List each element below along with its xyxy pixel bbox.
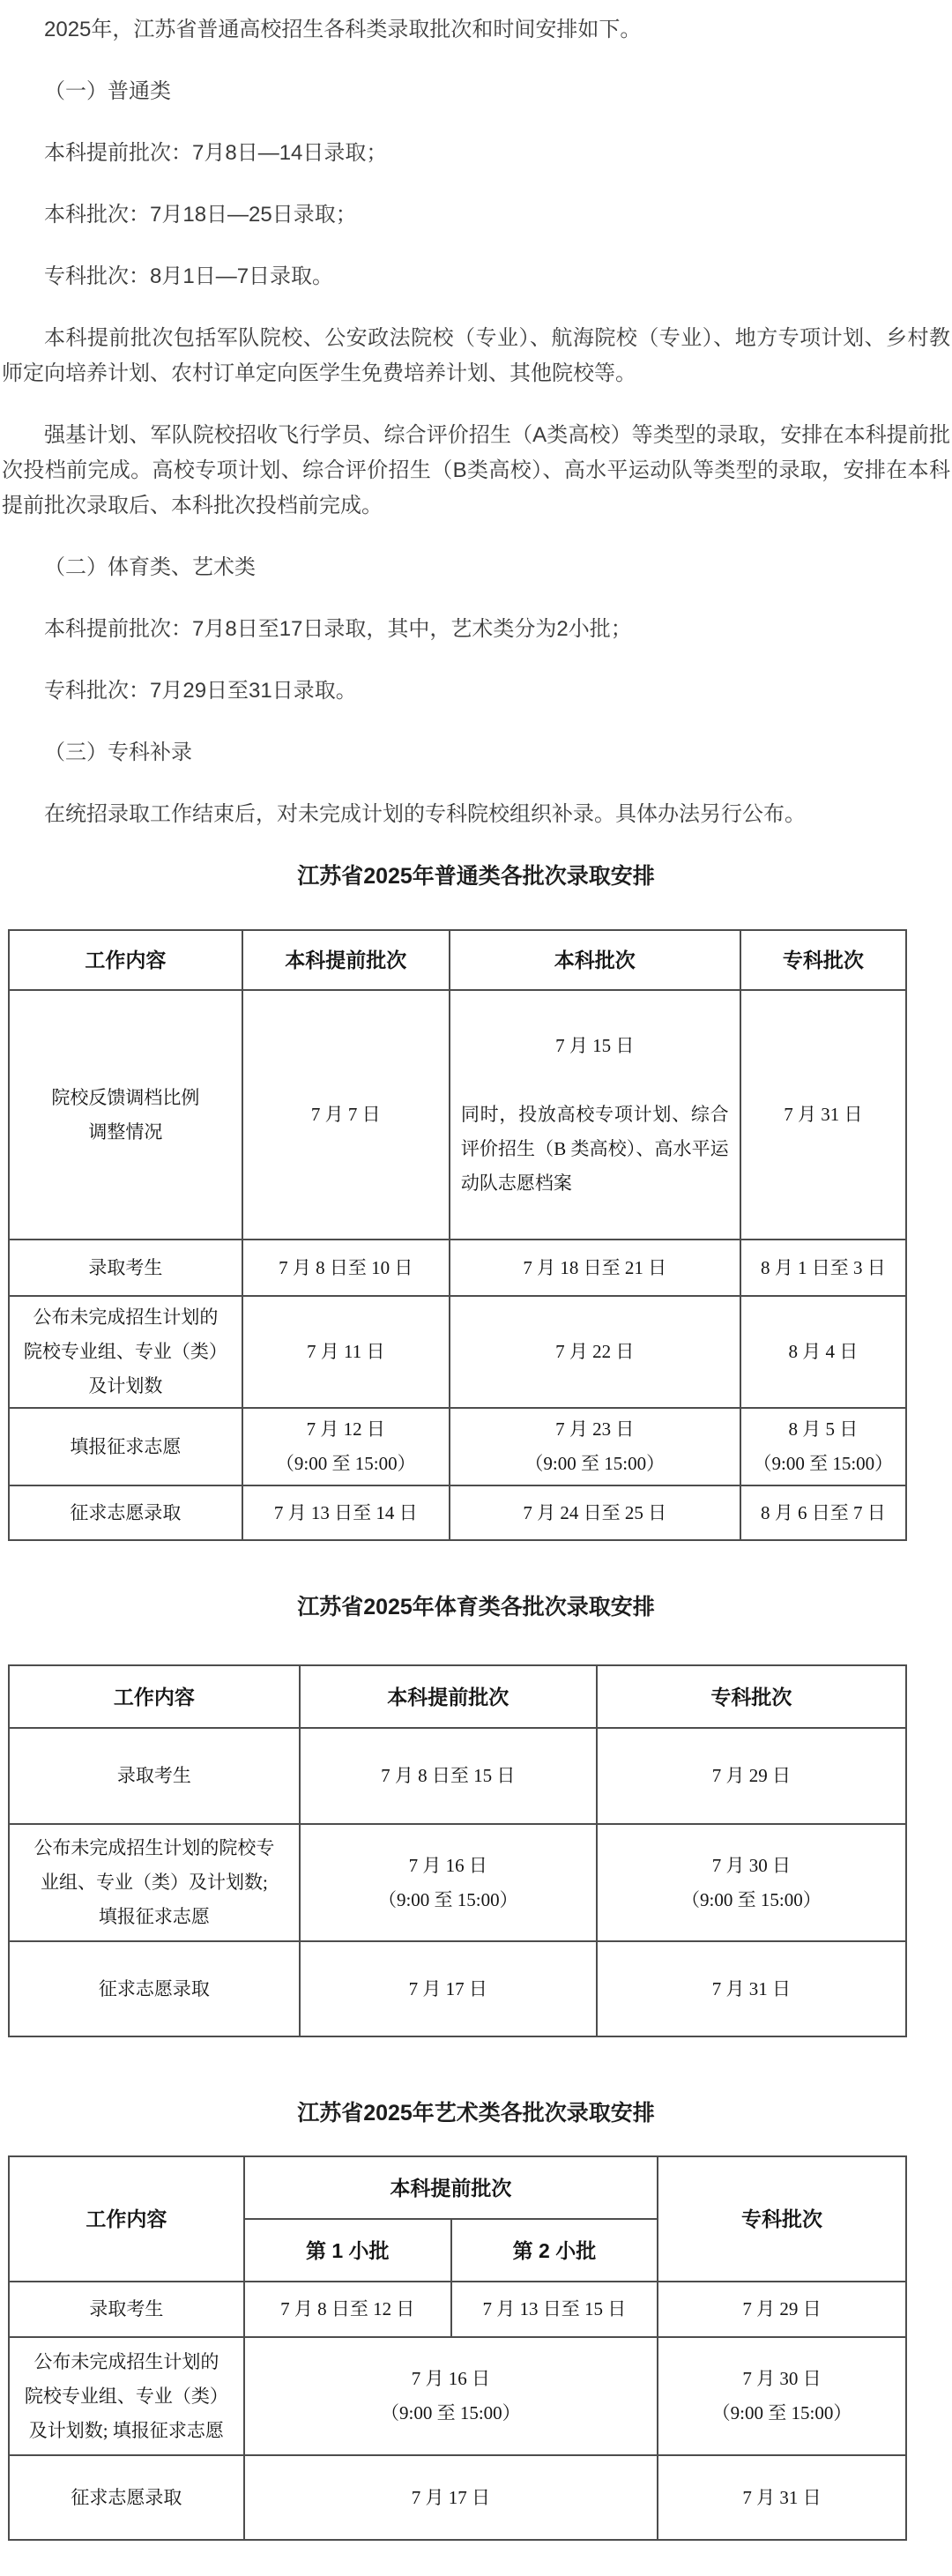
table-row: 录取考生 7 月 8 日至 15 日 7 月 29 日 xyxy=(9,1728,906,1824)
data-cell: 公布未完成招生计划的 院校专业组、专业（类） 及计划数; 填报征求志愿 xyxy=(9,2337,244,2455)
header-cell: 本科提前批次 xyxy=(300,1665,597,1728)
schedule-table-general: 工作内容 本科提前批次 本科批次 专科批次 院校反馈调档比例 调整情况 7 月 … xyxy=(8,929,907,1541)
data-cell: 7 月 8 日至 10 日 xyxy=(242,1240,450,1296)
data-cell: 7 月 31 日 xyxy=(597,1941,906,2036)
paragraph-sports-arts-benke: 本科提前批次：7月8日至17日录取，其中，艺术类分为2小批； xyxy=(2,612,950,647)
paragraph-tiqian-scope: 本科提前批次包括军队院校、公安政法院校（专业）、航海院校（专业）、地方专项计划、… xyxy=(2,321,950,391)
schedule-table-arts: 工作内容 本科提前批次 专科批次 第 1 小批 第 2 小批 录取考生 7 月 … xyxy=(8,2155,907,2541)
paragraph-benke: 本科批次：7月18日—25日录取； xyxy=(2,197,950,233)
data-cell: 填报征求志愿 xyxy=(9,1408,242,1485)
section-heading-1: （一）普通类 xyxy=(2,74,950,109)
data-cell: 7 月 8 日至 12 日 xyxy=(244,2282,451,2337)
table-title-arts: 江苏省2025年艺术类各批次录取安排 xyxy=(0,2096,952,2131)
data-cell: 7 月 18 日至 21 日 xyxy=(450,1240,740,1296)
header-cell: 专科批次 xyxy=(597,1665,906,1728)
data-cell: 7 月 15 日 同时，投放高校专项计划、综合评价招生（B 类高校）、高水平运动… xyxy=(450,990,740,1240)
data-cell: 7 月 13 日至 14 日 xyxy=(242,1485,450,1540)
header-cell: 本科批次 xyxy=(450,930,740,990)
data-cell: 7 月 11 日 xyxy=(242,1296,450,1408)
paragraph-sports-arts-zhuanke: 专科批次：7月29日至31日录取。 xyxy=(2,674,950,709)
data-cell: 7 月 31 日 xyxy=(658,2455,906,2540)
data-cell: 7 月 8 日至 15 日 xyxy=(300,1728,597,1824)
paragraph-intro: 2025年，江苏省普通高校招生各科类录取批次和时间安排如下。 xyxy=(2,12,950,48)
section-heading-2: （二）体育类、艺术类 xyxy=(2,550,950,585)
paragraph-benke-tiqian: 本科提前批次：7月8日—14日录取； xyxy=(2,136,950,171)
table-row: 公布未完成招生计划的 院校专业组、专业（类） 及计划数; 填报征求志愿 7 月 … xyxy=(9,2337,906,2455)
data-cell: 7 月 30 日 （9:00 至 15:00） xyxy=(658,2337,906,2455)
data-cell-line: 7 月 15 日 xyxy=(457,1029,733,1063)
paragraph-special-plans: 强基计划、军队院校招收飞行学员、综合评价招生（A类高校）等类型的录取，安排在本科… xyxy=(2,418,950,524)
data-cell: 公布未完成招生计划的 院校专业组、专业（类） 及计划数 xyxy=(9,1296,242,1408)
data-cell-note: 同时，投放高校专项计划、综合评价招生（B 类高校）、高水平运动队志愿档案 xyxy=(457,1098,733,1201)
table-row: 填报征求志愿 7 月 12 日 （9:00 至 15:00） 7 月 23 日 … xyxy=(9,1408,906,1485)
document-page: 2025年，江苏省普通高校招生各科类录取批次和时间安排如下。 （一）普通类 本科… xyxy=(0,0,952,2576)
data-cell: 7 月 22 日 xyxy=(450,1296,740,1408)
data-cell: 录取考生 xyxy=(9,2282,244,2337)
table-row: 公布未完成招生计划的院校专 业组、专业（类）及计划数; 填报征求志愿 7 月 1… xyxy=(9,1824,906,1941)
data-cell: 8 月 5 日 （9:00 至 15:00） xyxy=(740,1408,906,1485)
data-cell: 7 月 24 日至 25 日 xyxy=(450,1485,740,1540)
table-row: 录取考生 7 月 8 日至 12 日 7 月 13 日至 15 日 7 月 29… xyxy=(9,2282,906,2337)
table-title-general: 江苏省2025年普通类各批次录取安排 xyxy=(0,859,952,894)
table-row: 征求志愿录取 7 月 17 日 7 月 31 日 xyxy=(9,1941,906,2036)
table-row: 院校反馈调档比例 调整情况 7 月 7 日 7 月 15 日 同时，投放高校专项… xyxy=(9,990,906,1240)
table-row: 征求志愿录取 7 月 13 日至 14 日 7 月 24 日至 25 日 8 月… xyxy=(9,1485,906,1540)
schedule-table-sports: 工作内容 本科提前批次 专科批次 录取考生 7 月 8 日至 15 日 7 月 … xyxy=(8,1664,907,2037)
data-cell: 公布未完成招生计划的院校专 业组、专业（类）及计划数; 填报征求志愿 xyxy=(9,1824,300,1941)
table-title-sports: 江苏省2025年体育类各批次录取安排 xyxy=(0,1590,952,1625)
paragraph-zhuanke: 专科批次：8月1日—7日录取。 xyxy=(2,259,950,294)
data-cell: 8 月 6 日至 7 日 xyxy=(740,1485,906,1540)
data-cell: 7 月 16 日 （9:00 至 15:00） xyxy=(244,2337,658,2455)
data-cell: 征求志愿录取 xyxy=(9,1485,242,1540)
data-cell: 征求志愿录取 xyxy=(9,1941,300,2036)
data-cell: 8 月 4 日 xyxy=(740,1296,906,1408)
header-cell: 本科提前批次 xyxy=(242,930,450,990)
table-row: 征求志愿录取 7 月 17 日 7 月 31 日 xyxy=(9,2455,906,2540)
header-cell-sub: 第 1 小批 xyxy=(244,2219,451,2282)
header-cell: 专科批次 xyxy=(658,2156,906,2282)
data-cell: 7 月 7 日 xyxy=(242,990,450,1240)
header-cell: 工作内容 xyxy=(9,930,242,990)
data-cell: 7 月 16 日 （9:00 至 15:00） xyxy=(300,1824,597,1941)
section-heading-3: （三）专科补录 xyxy=(2,735,950,771)
data-cell: 7 月 12 日 （9:00 至 15:00） xyxy=(242,1408,450,1485)
data-cell: 征求志愿录取 xyxy=(9,2455,244,2540)
header-cell: 工作内容 xyxy=(9,1665,300,1728)
data-cell: 7 月 29 日 xyxy=(597,1728,906,1824)
data-cell: 院校反馈调档比例 调整情况 xyxy=(9,990,242,1240)
table-header-row: 工作内容 本科提前批次 本科批次 专科批次 xyxy=(9,930,906,990)
data-cell: 录取考生 xyxy=(9,1728,300,1824)
data-cell: 7 月 17 日 xyxy=(300,1941,597,2036)
table-header-row: 工作内容 本科提前批次 专科批次 xyxy=(9,2156,906,2219)
header-cell-sub: 第 2 小批 xyxy=(451,2219,658,2282)
data-cell: 7 月 13 日至 15 日 xyxy=(451,2282,658,2337)
data-cell: 7 月 23 日 （9:00 至 15:00） xyxy=(450,1408,740,1485)
table-row: 录取考生 7 月 8 日至 10 日 7 月 18 日至 21 日 8 月 1 … xyxy=(9,1240,906,1296)
data-cell: 8 月 1 日至 3 日 xyxy=(740,1240,906,1296)
data-cell: 7 月 17 日 xyxy=(244,2455,658,2540)
data-cell: 7 月 29 日 xyxy=(658,2282,906,2337)
table-row: 公布未完成招生计划的 院校专业组、专业（类） 及计划数 7 月 11 日 7 月… xyxy=(9,1296,906,1408)
header-cell: 专科批次 xyxy=(740,930,906,990)
data-cell: 7 月 30 日 （9:00 至 15:00） xyxy=(597,1824,906,1941)
table-header-row: 工作内容 本科提前批次 专科批次 xyxy=(9,1665,906,1728)
paragraph-bulu: 在统招录取工作结束后，对未完成计划的专科院校组织补录。具体办法另行公布。 xyxy=(2,797,950,832)
header-cell: 工作内容 xyxy=(9,2156,244,2282)
data-cell: 7 月 31 日 xyxy=(740,990,906,1240)
header-cell-group: 本科提前批次 xyxy=(244,2156,658,2219)
data-cell: 录取考生 xyxy=(9,1240,242,1296)
